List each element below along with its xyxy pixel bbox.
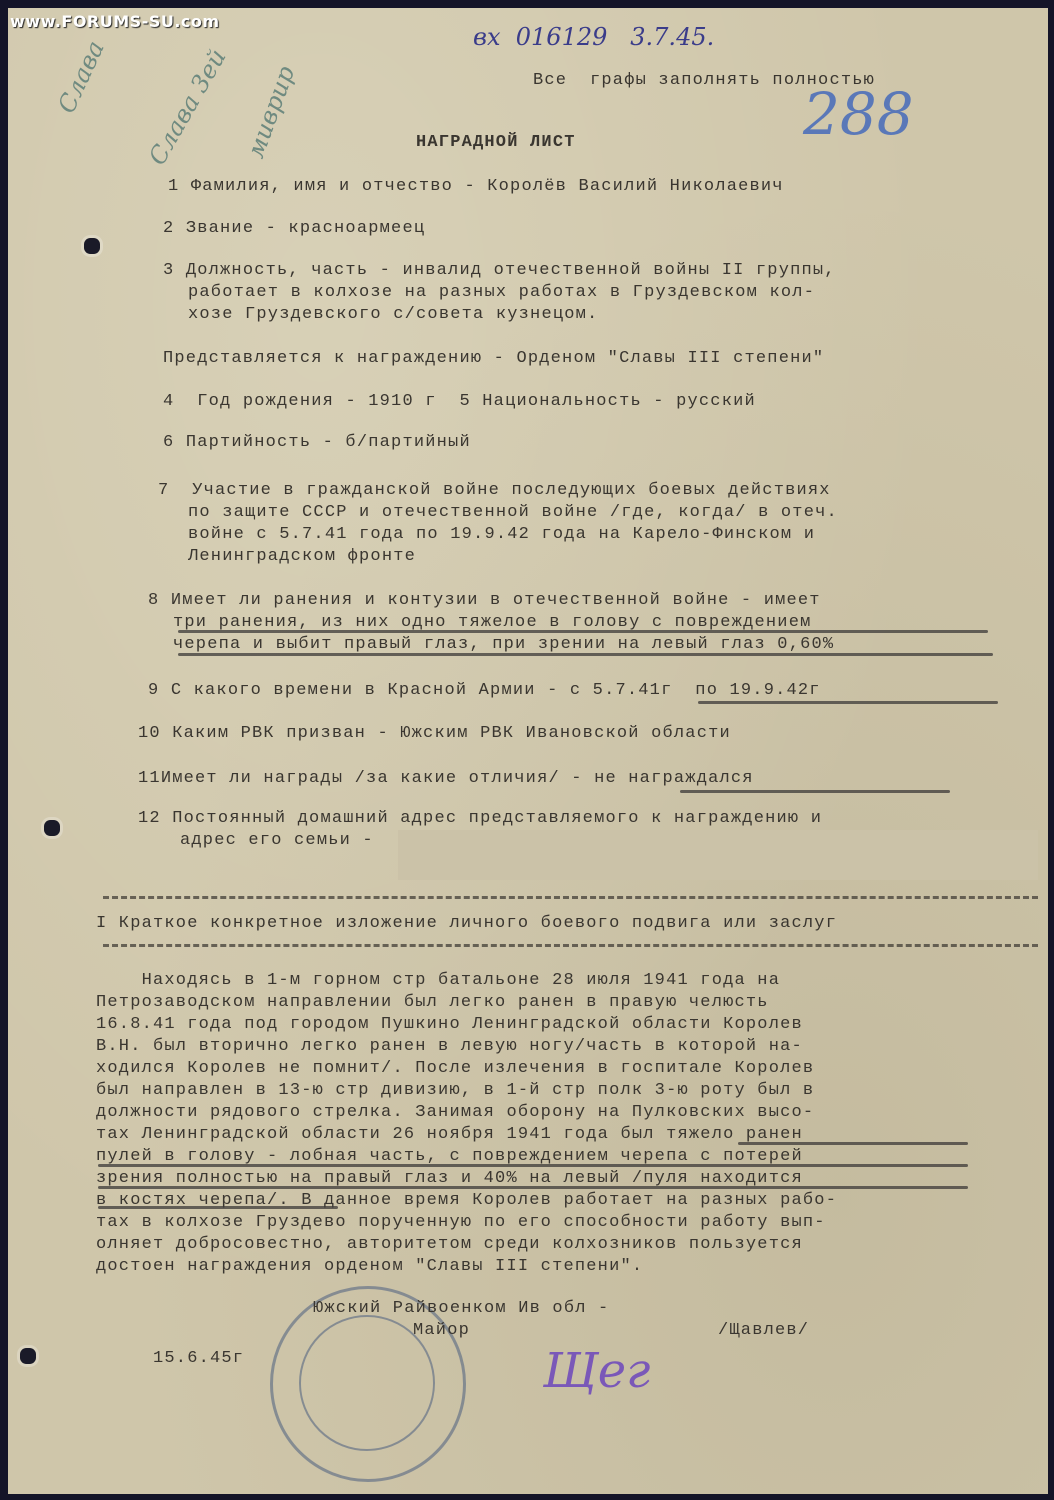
field-9: 9 С какого времени в Красной Армии - с 5… bbox=[148, 680, 821, 702]
document-title: НАГРАДНОЙ ЛИСТ bbox=[416, 132, 576, 154]
pencil-underline bbox=[98, 1164, 968, 1167]
section-heading: I Краткое конкретное изложение личного б… bbox=[96, 913, 837, 935]
dashed-divider bbox=[103, 896, 1038, 899]
body-line: был направлен в 13-ю стр дивизию, в 1-й … bbox=[96, 1080, 814, 1102]
body-line: достоен награждения орденом "Славы III с… bbox=[96, 1256, 643, 1278]
body-line: должности рядового стрелка. Занимая обор… bbox=[96, 1102, 814, 1124]
field-1: 1 Фамилия, имя и отчество - Королёв Васи… bbox=[168, 176, 784, 198]
award-nomination: Представляется к награждению - Орденом "… bbox=[163, 348, 824, 370]
incoming-mark: вх 016129 3.7.45. bbox=[473, 23, 714, 51]
pencil-underline bbox=[98, 1186, 968, 1189]
field-4-5: 4 Год рождения - 1910 г 5 Национальность… bbox=[163, 391, 756, 413]
field-6: 6 Партийность - б/партийный bbox=[163, 432, 471, 454]
margin-note: Слава bbox=[52, 37, 110, 118]
signatory-rank: Майор bbox=[413, 1320, 470, 1342]
field-7-line: войне с 5.7.41 года по 19.9.42 года на К… bbox=[188, 524, 815, 546]
punch-hole bbox=[84, 238, 100, 254]
margin-note: Слава 3ей bbox=[143, 44, 232, 170]
field-7-line: Ленинградском фронте bbox=[188, 546, 416, 568]
field-3: 3 Должность, часть - инвалид отечественн… bbox=[163, 260, 836, 282]
redacted-address bbox=[398, 830, 1038, 880]
field-2: 2 Звание - красноармеец bbox=[163, 218, 425, 240]
field-10: 10 Каким РВК призван - Южским РВК Иванов… bbox=[138, 723, 731, 745]
pencil-underline bbox=[178, 653, 993, 656]
body-line: В.Н. был вторично легко ранен в левую но… bbox=[96, 1036, 803, 1058]
body-line: ходился Королев не помнит/. После излече… bbox=[96, 1058, 814, 1080]
field-12-line: адрес его семьи - bbox=[180, 830, 374, 852]
dashed-divider bbox=[103, 944, 1038, 947]
pencil-underline bbox=[680, 790, 950, 793]
pencil-underline bbox=[178, 630, 988, 633]
pencil-underline bbox=[698, 701, 998, 704]
signatory-office: Южский Райвоенком Ив обл - bbox=[313, 1298, 609, 1320]
registry-number: 288 bbox=[803, 80, 914, 148]
field-7-line: по защите СССР и отечественной войне /гд… bbox=[188, 502, 838, 524]
signatory-name: /Щавлев/ bbox=[718, 1320, 809, 1342]
pencil-underline bbox=[738, 1142, 968, 1145]
award-sheet-page: Слава Слава 3ей миврир вх 016129 3.7.45.… bbox=[8, 8, 1048, 1494]
body-line: Находясь в 1-м горном стр батальоне 28 и… bbox=[96, 970, 780, 992]
field-8: 8 Имеет ли ранения и контузии в отечеств… bbox=[148, 590, 821, 612]
body-line: тах Ленинградской области 26 ноября 1941… bbox=[96, 1124, 803, 1146]
body-line: 16.8.41 года под городом Пушкино Ленингр… bbox=[96, 1014, 803, 1036]
document-date: 15.6.45г bbox=[153, 1348, 244, 1370]
field-3-line: работает в колхозе на разных работах в Г… bbox=[188, 282, 815, 304]
punch-hole bbox=[44, 820, 60, 836]
margin-note: миврир bbox=[241, 62, 300, 161]
pencil-underline bbox=[98, 1206, 338, 1209]
field-7: 7 Участие в гражданской войне последующи… bbox=[158, 480, 831, 502]
watermark-text: www.FORUMS-SU.com bbox=[10, 12, 220, 31]
field-12: 12 Постоянный домашний адрес представляе… bbox=[138, 808, 822, 830]
body-line: олняет добросовестно, авторитетом среди … bbox=[96, 1234, 803, 1256]
field-3-line: хозе Груздевского с/совета кузнецом. bbox=[188, 304, 598, 326]
body-line: тах в колхозе Груздево порученную по его… bbox=[96, 1212, 826, 1234]
handwritten-signature: Щег bbox=[543, 1343, 650, 1399]
punch-hole bbox=[20, 1348, 36, 1364]
field-11: 11Имеет ли награды /за какие отличия/ - … bbox=[138, 768, 754, 790]
body-line: Петрозаводском направлении был легко ран… bbox=[96, 992, 769, 1014]
